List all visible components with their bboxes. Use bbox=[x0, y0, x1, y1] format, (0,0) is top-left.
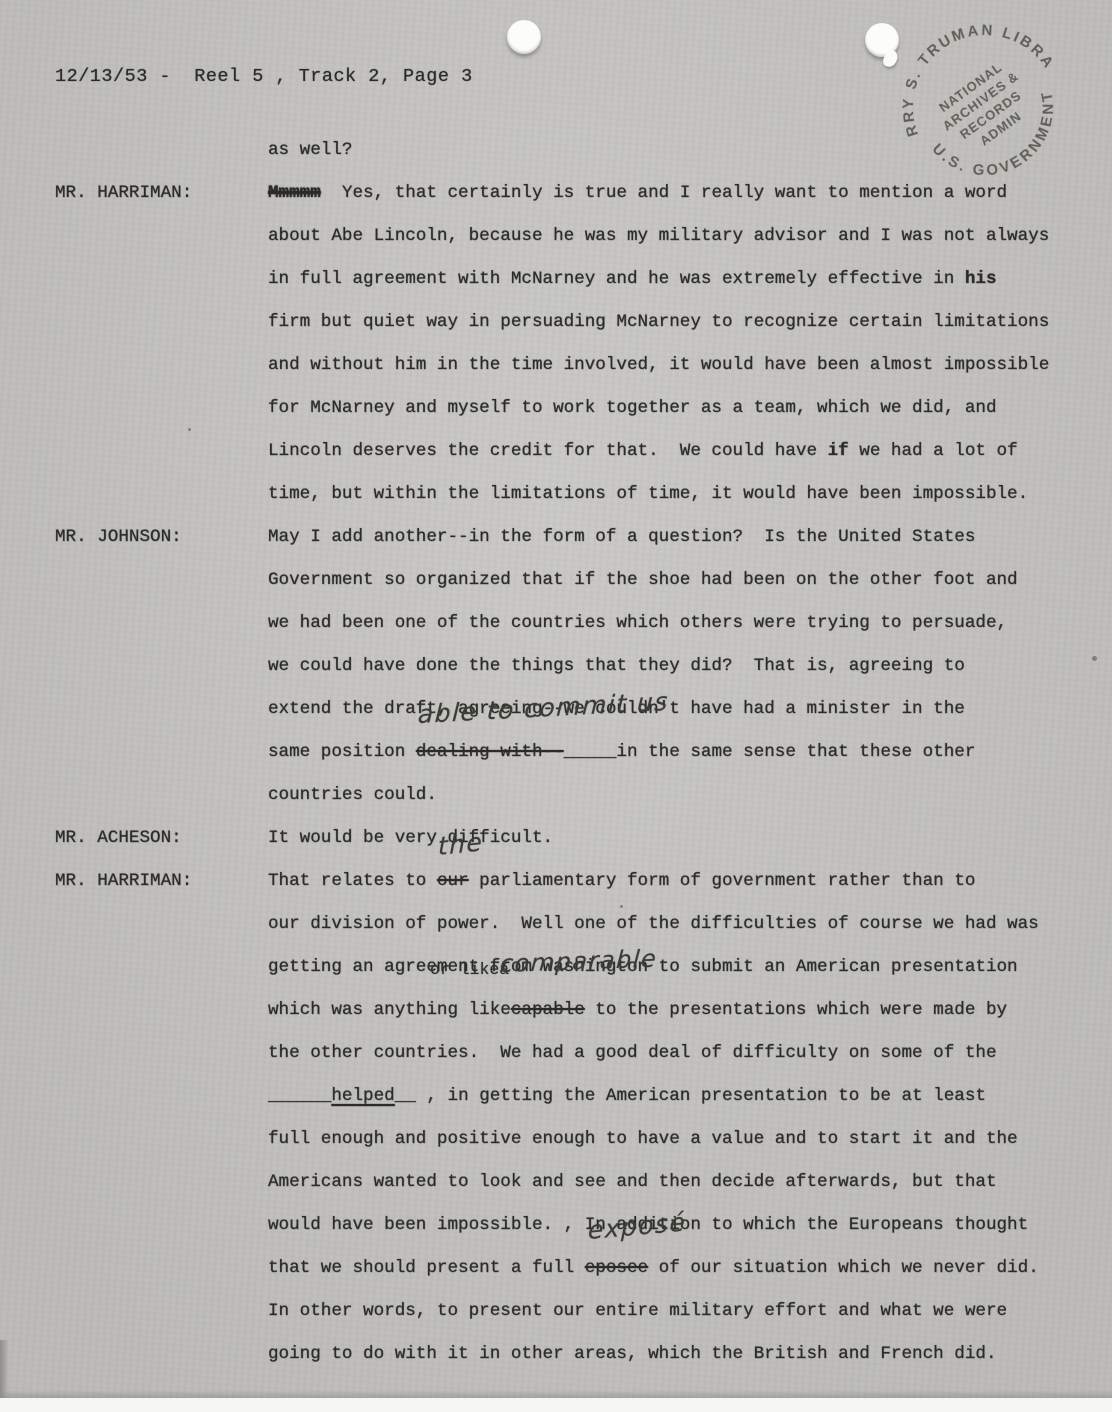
transcript-line: we had been one of the countries which o… bbox=[268, 613, 1007, 633]
punch-hole-left bbox=[507, 20, 541, 54]
speaker-label: MR. HARRIMAN: bbox=[55, 871, 192, 891]
speaker-label: MR. HARRIMAN: bbox=[55, 183, 192, 203]
page-corner-shade bbox=[0, 1340, 9, 1398]
transcript-line: the other countries. We had a good deal … bbox=[268, 1043, 997, 1063]
transcript-line: our division of power. Well one of the d… bbox=[268, 914, 1039, 934]
paper-speck bbox=[188, 428, 191, 431]
page-bottom-shadow bbox=[0, 1390, 1112, 1398]
transcript-line: time, but within the limitations of time… bbox=[268, 484, 1028, 504]
transcript-line: same position dealing with--_____in the … bbox=[268, 742, 975, 762]
handwritten-annotation: the bbox=[438, 827, 483, 861]
typed-insertion: or likea bbox=[430, 960, 509, 979]
handwritten-annotation: able to commit us bbox=[417, 687, 670, 729]
transcript-line: that we should present a full eposee of … bbox=[268, 1258, 1039, 1278]
transcript-line: That relates to our parliamentary form o… bbox=[268, 871, 975, 891]
transcript-line: Government so organized that if the shoe… bbox=[268, 570, 1018, 590]
speaker-label: MR. ACHESON: bbox=[55, 828, 182, 848]
paper-speck bbox=[620, 905, 623, 908]
handwritten-annotation: exposé bbox=[588, 1207, 687, 1245]
scanned-document-page: HARRY S. TRUMAN LIBRARY U.S. GOVERNMENT … bbox=[0, 0, 1112, 1412]
transcript-line: and without him in the time involved, it… bbox=[268, 355, 1049, 375]
transcript-line: It would be very difficult. bbox=[268, 828, 553, 848]
transcript-line: ______helped__ , in getting the American… bbox=[268, 1086, 986, 1106]
document-header: 12/13/53 - Reel 5 , Track 2, Page 3 bbox=[55, 66, 473, 87]
transcript-line: in full agreement with McNarney and he w… bbox=[268, 269, 997, 289]
stamp-center-text: NATIONAL ARCHIVES & RECORDS ADMIN bbox=[930, 55, 1042, 161]
transcript-line: Mmmmm Yes, that certainly is true and I … bbox=[268, 183, 1007, 203]
transcript-line: about Abe Lincoln, because he was my mil… bbox=[268, 226, 1049, 246]
transcript-line: In other words, to present our entire mi… bbox=[268, 1301, 1007, 1321]
handwritten-annotation: comparable bbox=[499, 944, 658, 978]
transcript-line: Lincoln deserves the credit for that. We… bbox=[268, 441, 1018, 461]
transcript-line: full enough and positive enough to have … bbox=[268, 1129, 1018, 1149]
transcript-line: going to do with it in other areas, whic… bbox=[268, 1344, 997, 1364]
transcript-line: Americans wanted to look and see and the… bbox=[268, 1172, 997, 1192]
transcript-line: firm but quiet way in persuading McNarne… bbox=[268, 312, 1049, 332]
transcript-line: May I add another--in the form of a ques… bbox=[268, 527, 975, 547]
transcript-line: which was anything likecapable to the pr… bbox=[268, 1000, 1007, 1020]
transcript-line: as well? bbox=[268, 140, 352, 160]
paper-speck bbox=[1092, 656, 1097, 661]
speaker-label: MR. JOHNSON: bbox=[55, 527, 182, 547]
transcript-line: for McNarney and myself to work together… bbox=[268, 398, 997, 418]
transcript-line: countries could. bbox=[268, 785, 437, 805]
transcript-line: we could have done the things that they … bbox=[268, 656, 965, 676]
scan-edge-strip bbox=[0, 1398, 1112, 1412]
